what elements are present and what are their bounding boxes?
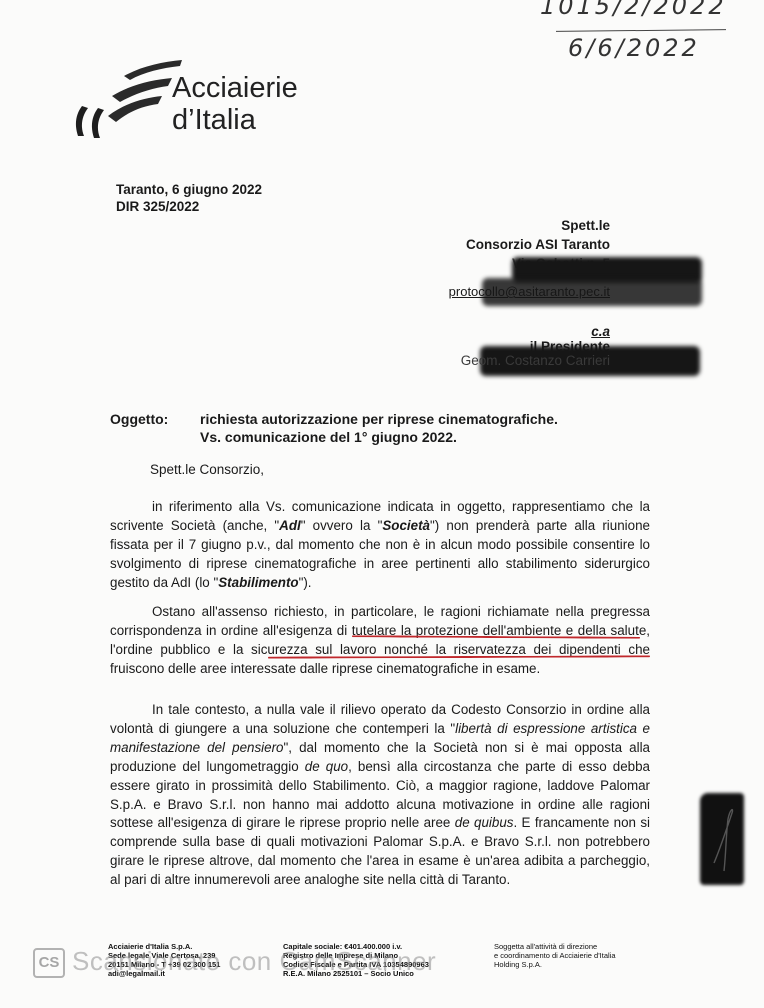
handwritten-protocol-number: 1015/2/2022: [540, 0, 727, 20]
subject-line-1: richiesta autorizzazione per riprese cin…: [200, 411, 558, 427]
handwritten-divider: [556, 29, 726, 32]
body-paragraph-1: in riferimento alla Vs. comunicazione in…: [110, 498, 650, 593]
letter-reference: DIR 325/2022: [116, 199, 199, 214]
initials-signature-icon: [710, 805, 740, 875]
redaction-mark: [482, 278, 702, 306]
logo-line-1: Acciaierie: [172, 72, 298, 104]
subject-line-2: Vs. comunicazione del 1° giugno 2022.: [200, 429, 457, 445]
salutation: Spett.le Consorzio,: [150, 462, 264, 477]
recipient-person: Geom. Costanzo Carrieri: [461, 353, 610, 368]
letter-date: Taranto, 6 giugno 2022: [116, 182, 262, 197]
footer-holding-info: Soggetta all'attività di direzionee coor…: [494, 942, 616, 969]
recipient-name: Consorzio ASI Taranto: [466, 237, 610, 252]
subject-label: Oggetto:: [110, 411, 168, 427]
recipient-attention: c.a: [591, 324, 610, 339]
body-paragraph-2: Ostano all'assenso richiesto, in partico…: [110, 603, 650, 679]
scanner-watermark-text: Scansionato con CamScanner: [72, 946, 436, 977]
company-logo-text: Acciaierie d’Italia: [172, 72, 298, 136]
logo-line-2: d’Italia: [172, 104, 298, 136]
handwritten-date: 6/6/2022: [568, 34, 700, 62]
highlight-underlined-2: la sicurezza sul lavoro nonché la riserv…: [233, 642, 621, 657]
body-paragraph-3: In tale contesto, a nulla vale il riliev…: [110, 701, 650, 890]
recipient-greeting: Spett.le: [561, 218, 610, 233]
camscanner-logo-icon: CS: [33, 948, 65, 978]
